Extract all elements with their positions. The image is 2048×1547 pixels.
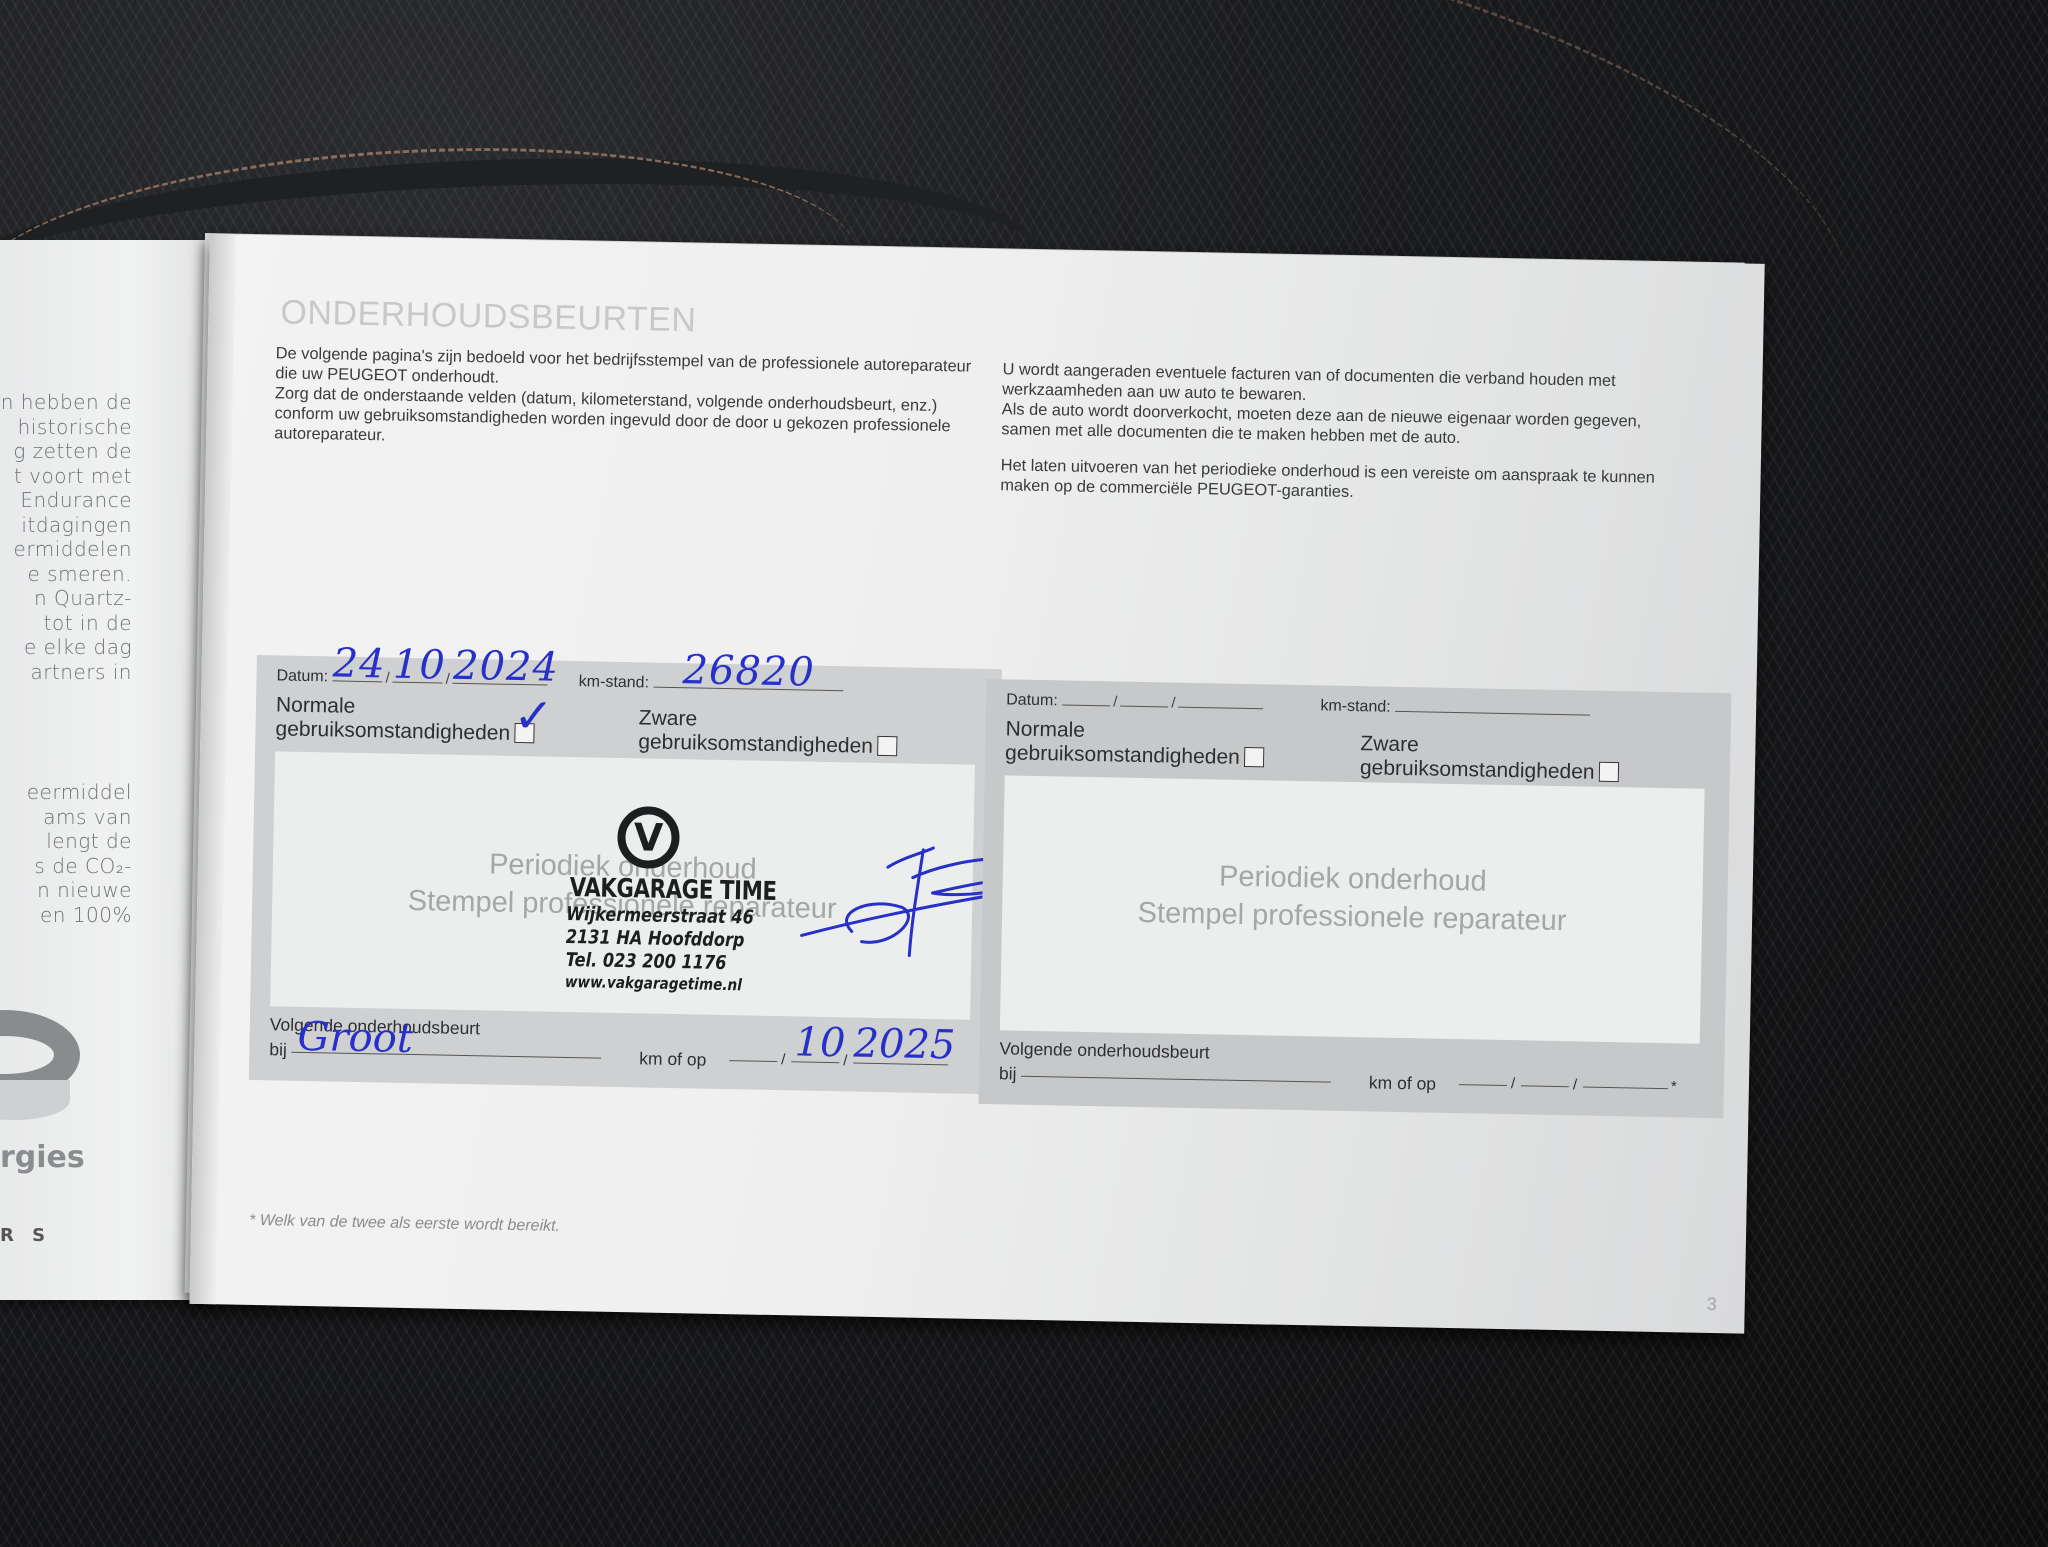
- normal-conditions-checkbox[interactable]: [1244, 747, 1264, 767]
- datum-day-field[interactable]: [1062, 690, 1110, 706]
- datum-month-field[interactable]: 10: [393, 668, 443, 684]
- heavy-conditions-checkbox[interactable]: [877, 736, 897, 756]
- datum-year-field[interactable]: 2024: [453, 669, 548, 686]
- maintenance-page: ONDERHOUDSBEURTEN De volgende pagina's z…: [189, 234, 1764, 1334]
- normal-conditions-checkbox[interactable]: ✓: [514, 723, 534, 743]
- datum-year-field[interactable]: [1178, 693, 1263, 710]
- next-month-field[interactable]: [1521, 1085, 1569, 1087]
- service-entry-1: Datum: 24/10/2024 km-stand: 26820 Normal…: [249, 655, 1002, 1094]
- intro-left-paragraph: Zorg dat de onderstaande velden (datum, …: [274, 383, 995, 457]
- left-page-line: en 100%: [0, 903, 132, 928]
- heavy-conditions: Zware gebruiksomstandigheden: [638, 706, 898, 759]
- datum-label: Datum:: [1006, 691, 1058, 709]
- km-stand-field[interactable]: [1395, 697, 1590, 716]
- left-page-line: n nieuwe: [0, 878, 132, 903]
- left-page-line: ermiddelen: [0, 537, 132, 562]
- left-page-line: Endurance: [0, 488, 132, 513]
- garage-name: VAKGARAGE TIME: [569, 873, 725, 906]
- stamp-area: Periodiek onderhoud Stempel professionel…: [1000, 775, 1705, 1043]
- garage-city: 2131 HA Hoofddorp: [566, 926, 728, 952]
- intro-right: U wordt aangeraden eventuele facturen va…: [1000, 359, 1692, 508]
- garage-phone: Tel. 023 200 1176: [565, 949, 727, 975]
- heavy-conditions-checkbox[interactable]: [1598, 762, 1618, 782]
- left-page-line: tot in de: [0, 611, 132, 636]
- left-page-line: t voort met: [0, 464, 132, 489]
- left-page-line: e smeren.: [0, 562, 132, 587]
- left-page-line: historische: [0, 415, 132, 440]
- normal-conditions: Normale gebruiksomstandigheden✓: [275, 693, 535, 746]
- next-service: Volgende onderhoudsbeurt bij km of op / …: [999, 1037, 1710, 1101]
- heavy-conditions: Zware gebruiksomstandigheden: [1360, 732, 1620, 785]
- left-page-line: g zetten de: [0, 439, 132, 464]
- km-stand-field[interactable]: 26820: [653, 673, 843, 692]
- garage-logo-icon: V: [617, 806, 680, 869]
- left-page-line: n hebben de: [0, 390, 132, 415]
- left-page-text-1: n hebben dehistorischeg zetten det voort…: [0, 390, 132, 684]
- service-entry-2: Datum: // km-stand: Normale gebruiksomst…: [978, 679, 1731, 1118]
- garage-website: www.vakgaragetime.nl: [565, 972, 727, 994]
- checkmark-icon: ✓: [513, 692, 594, 754]
- next-year-field[interactable]: [1583, 1087, 1668, 1090]
- intro-left: De volgende pagina's zijn bedoeld voor h…: [274, 343, 996, 457]
- left-footer-text: R S: [0, 1225, 51, 1246]
- next-service-type-field[interactable]: [1021, 1076, 1331, 1083]
- left-page-line: itdagingen: [0, 513, 132, 538]
- left-page-line: eermiddel: [0, 780, 132, 805]
- page-title: ONDERHOUDSBEURTEN: [280, 293, 697, 340]
- left-page-line: ams van: [0, 805, 132, 830]
- next-service: Volgende onderhoudsbeurt bij Groot km of…: [269, 1013, 980, 1077]
- left-page-line: artners in: [0, 660, 132, 685]
- next-service-type-value: Groot: [297, 1026, 413, 1050]
- datum-day-field[interactable]: 24: [332, 666, 382, 682]
- garage-stamp: V VAKGARAGE TIME Wijkermeerstraat 46 213…: [551, 805, 745, 995]
- left-page-line: e elke dag: [0, 635, 132, 660]
- page-number: 3: [1707, 1294, 1717, 1315]
- garage-street: Wijkermeerstraat 46: [566, 903, 728, 929]
- datum-month-field[interactable]: [1120, 692, 1168, 708]
- left-brand-text: rgies: [0, 1140, 85, 1175]
- km-stand-label: km-stand:: [1320, 697, 1391, 715]
- left-page-line: lengt de: [0, 829, 132, 854]
- left-page-line: n Quartz-: [0, 586, 132, 611]
- date-km-row: Datum: 24/10/2024 km-stand: 26820: [276, 665, 976, 698]
- date-km-row: Datum: // km-stand:: [1006, 689, 1706, 722]
- next-day-field[interactable]: [1459, 1084, 1507, 1086]
- left-page-line: s de CO₂-: [0, 854, 132, 879]
- next-day-field[interactable]: [729, 1060, 777, 1062]
- footnote: * Welk van de twee als eerste wordt bere…: [249, 1212, 560, 1236]
- km-stand-label: km-stand:: [579, 673, 650, 691]
- normal-conditions: Normale gebruiksomstandigheden: [1005, 717, 1265, 770]
- datum-label: Datum:: [276, 667, 328, 685]
- left-page-text-2: eermiddelams vanlengt des de CO₂-n nieuw…: [0, 780, 132, 927]
- brand-logo-shadow: [0, 1080, 70, 1120]
